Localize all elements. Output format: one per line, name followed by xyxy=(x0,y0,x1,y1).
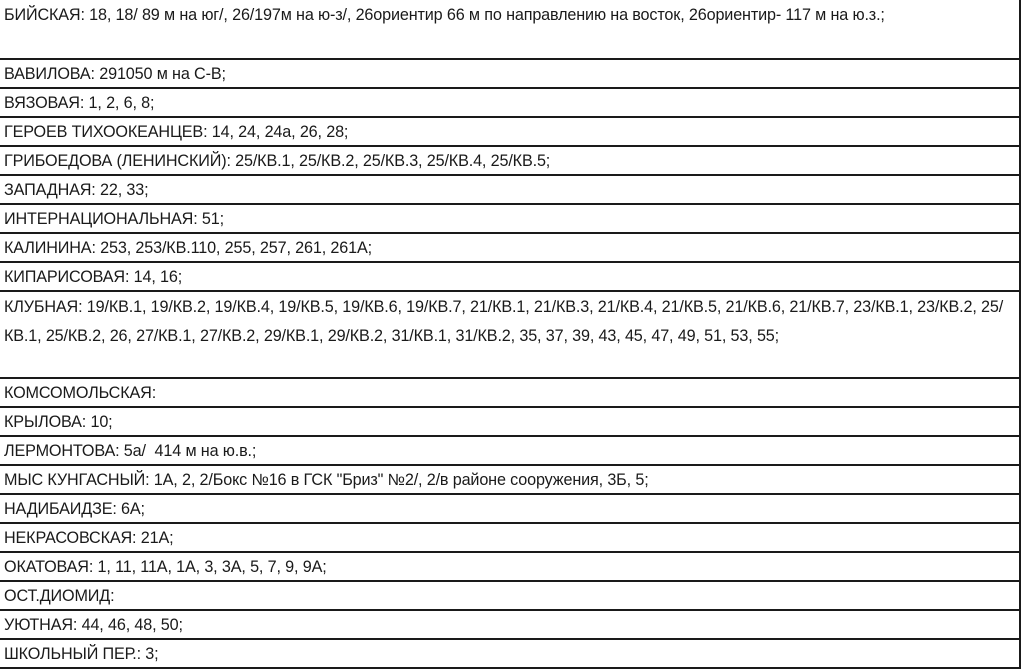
address-row-kiparisovaya: КИПАРИСОВАЯ: 14, 16; xyxy=(0,263,1019,292)
address-row-krylova: КРЫЛОВА: 10; xyxy=(0,408,1019,437)
address-text: ВАВИЛОВА: 291050 м на С-В; xyxy=(4,65,226,83)
address-list-document: БИЙСКАЯ: 18, 18/ 89 м на юг/, 26/197м на… xyxy=(0,0,1021,669)
address-text: ОКАТОВАЯ: 1, 11, 11А, 1А, 3, 3А, 5, 7, 9… xyxy=(4,558,327,576)
address-row-mys-kungasny: МЫС КУНГАСНЫЙ: 1А, 2, 2/Бокс №16 в ГСК "… xyxy=(0,466,1019,495)
address-row-geroev-tikhookeantsev: ГЕРОЕВ ТИХООКЕАНЦЕВ: 14, 24, 24а, 26, 28… xyxy=(0,118,1019,147)
address-text: ГЕРОЕВ ТИХООКЕАНЦЕВ: 14, 24, 24а, 26, 28… xyxy=(4,123,348,141)
address-row-vyazovaya: ВЯЗОВАЯ: 1, 2, 6, 8; xyxy=(0,89,1019,118)
address-row-nekrasovskaya: НЕКРАСОВСКАЯ: 21А; xyxy=(0,524,1019,553)
address-text: ОСТ.ДИОМИД: xyxy=(4,587,114,605)
address-row-griboedova: ГРИБОЕДОВА (ЛЕНИНСКИЙ): 25/КВ.1, 25/КВ.2… xyxy=(0,147,1019,176)
address-row-okatovaya: ОКАТОВАЯ: 1, 11, 11А, 1А, 3, 3А, 5, 7, 9… xyxy=(0,553,1019,582)
address-text: ИНТЕРНАЦИОНАЛЬНАЯ: 51; xyxy=(4,210,224,228)
address-text: НЕКРАСОВСКАЯ: 21А; xyxy=(4,529,173,547)
address-text: ШКОЛЬНЫЙ ПЕР.: 3; xyxy=(4,645,159,663)
address-text: КОМСОМОЛЬСКАЯ: xyxy=(4,384,156,402)
address-text: КРЫЛОВА: 10; xyxy=(4,413,113,431)
address-text: БИЙСКАЯ: 18, 18/ 89 м на юг/, 26/197м на… xyxy=(4,6,885,24)
address-row-ost-diomid: ОСТ.ДИОМИД: xyxy=(0,582,1019,611)
address-row-internatsionalnaya: ИНТЕРНАЦИОНАЛЬНАЯ: 51; xyxy=(0,205,1019,234)
address-text: МЫС КУНГАСНЫЙ: 1А, 2, 2/Бокс №16 в ГСК "… xyxy=(4,471,649,489)
address-text: КИПАРИСОВАЯ: 14, 16; xyxy=(4,268,182,286)
address-row-nadibaidze: НАДИБАИДЗЕ: 6А; xyxy=(0,495,1019,524)
address-text: КЛУБНАЯ: 19/КВ.1, 19/КВ.2, 19/КВ.4, 19/К… xyxy=(4,298,1003,345)
address-row-klubnaya: КЛУБНАЯ: 19/КВ.1, 19/КВ.2, 19/КВ.4, 19/К… xyxy=(0,292,1019,379)
address-row-vavilova: ВАВИЛОВА: 291050 м на С-В; xyxy=(0,60,1019,89)
address-row-komsomolskaya: КОМСОМОЛЬСКАЯ: xyxy=(0,379,1019,408)
address-text: ГРИБОЕДОВА (ЛЕНИНСКИЙ): 25/КВ.1, 25/КВ.2… xyxy=(4,152,550,170)
address-row-uyutnaya: УЮТНАЯ: 44, 46, 48, 50; xyxy=(0,611,1019,640)
address-text: ЗАПАДНАЯ: 22, 33; xyxy=(4,181,148,199)
address-text: ЛЕРМОНТОВА: 5а/ 414 м на ю.в.; xyxy=(4,442,256,460)
address-text: ВЯЗОВАЯ: 1, 2, 6, 8; xyxy=(4,94,154,112)
address-text: КАЛИНИНА: 253, 253/КВ.110, 255, 257, 261… xyxy=(4,239,372,257)
address-row-lermontova: ЛЕРМОНТОВА: 5а/ 414 м на ю.в.; xyxy=(0,437,1019,466)
address-row-kalinina: КАЛИНИНА: 253, 253/КВ.110, 255, 257, 261… xyxy=(0,234,1019,263)
address-row-shkolny-per: ШКОЛЬНЫЙ ПЕР.: 3; xyxy=(0,640,1019,669)
address-text: НАДИБАИДЗЕ: 6А; xyxy=(4,500,145,518)
address-row-biyskaya: БИЙСКАЯ: 18, 18/ 89 м на юг/, 26/197м на… xyxy=(0,0,1019,60)
address-text: УЮТНАЯ: 44, 46, 48, 50; xyxy=(4,616,183,634)
address-row-zapadnaya: ЗАПАДНАЯ: 22, 33; xyxy=(0,176,1019,205)
